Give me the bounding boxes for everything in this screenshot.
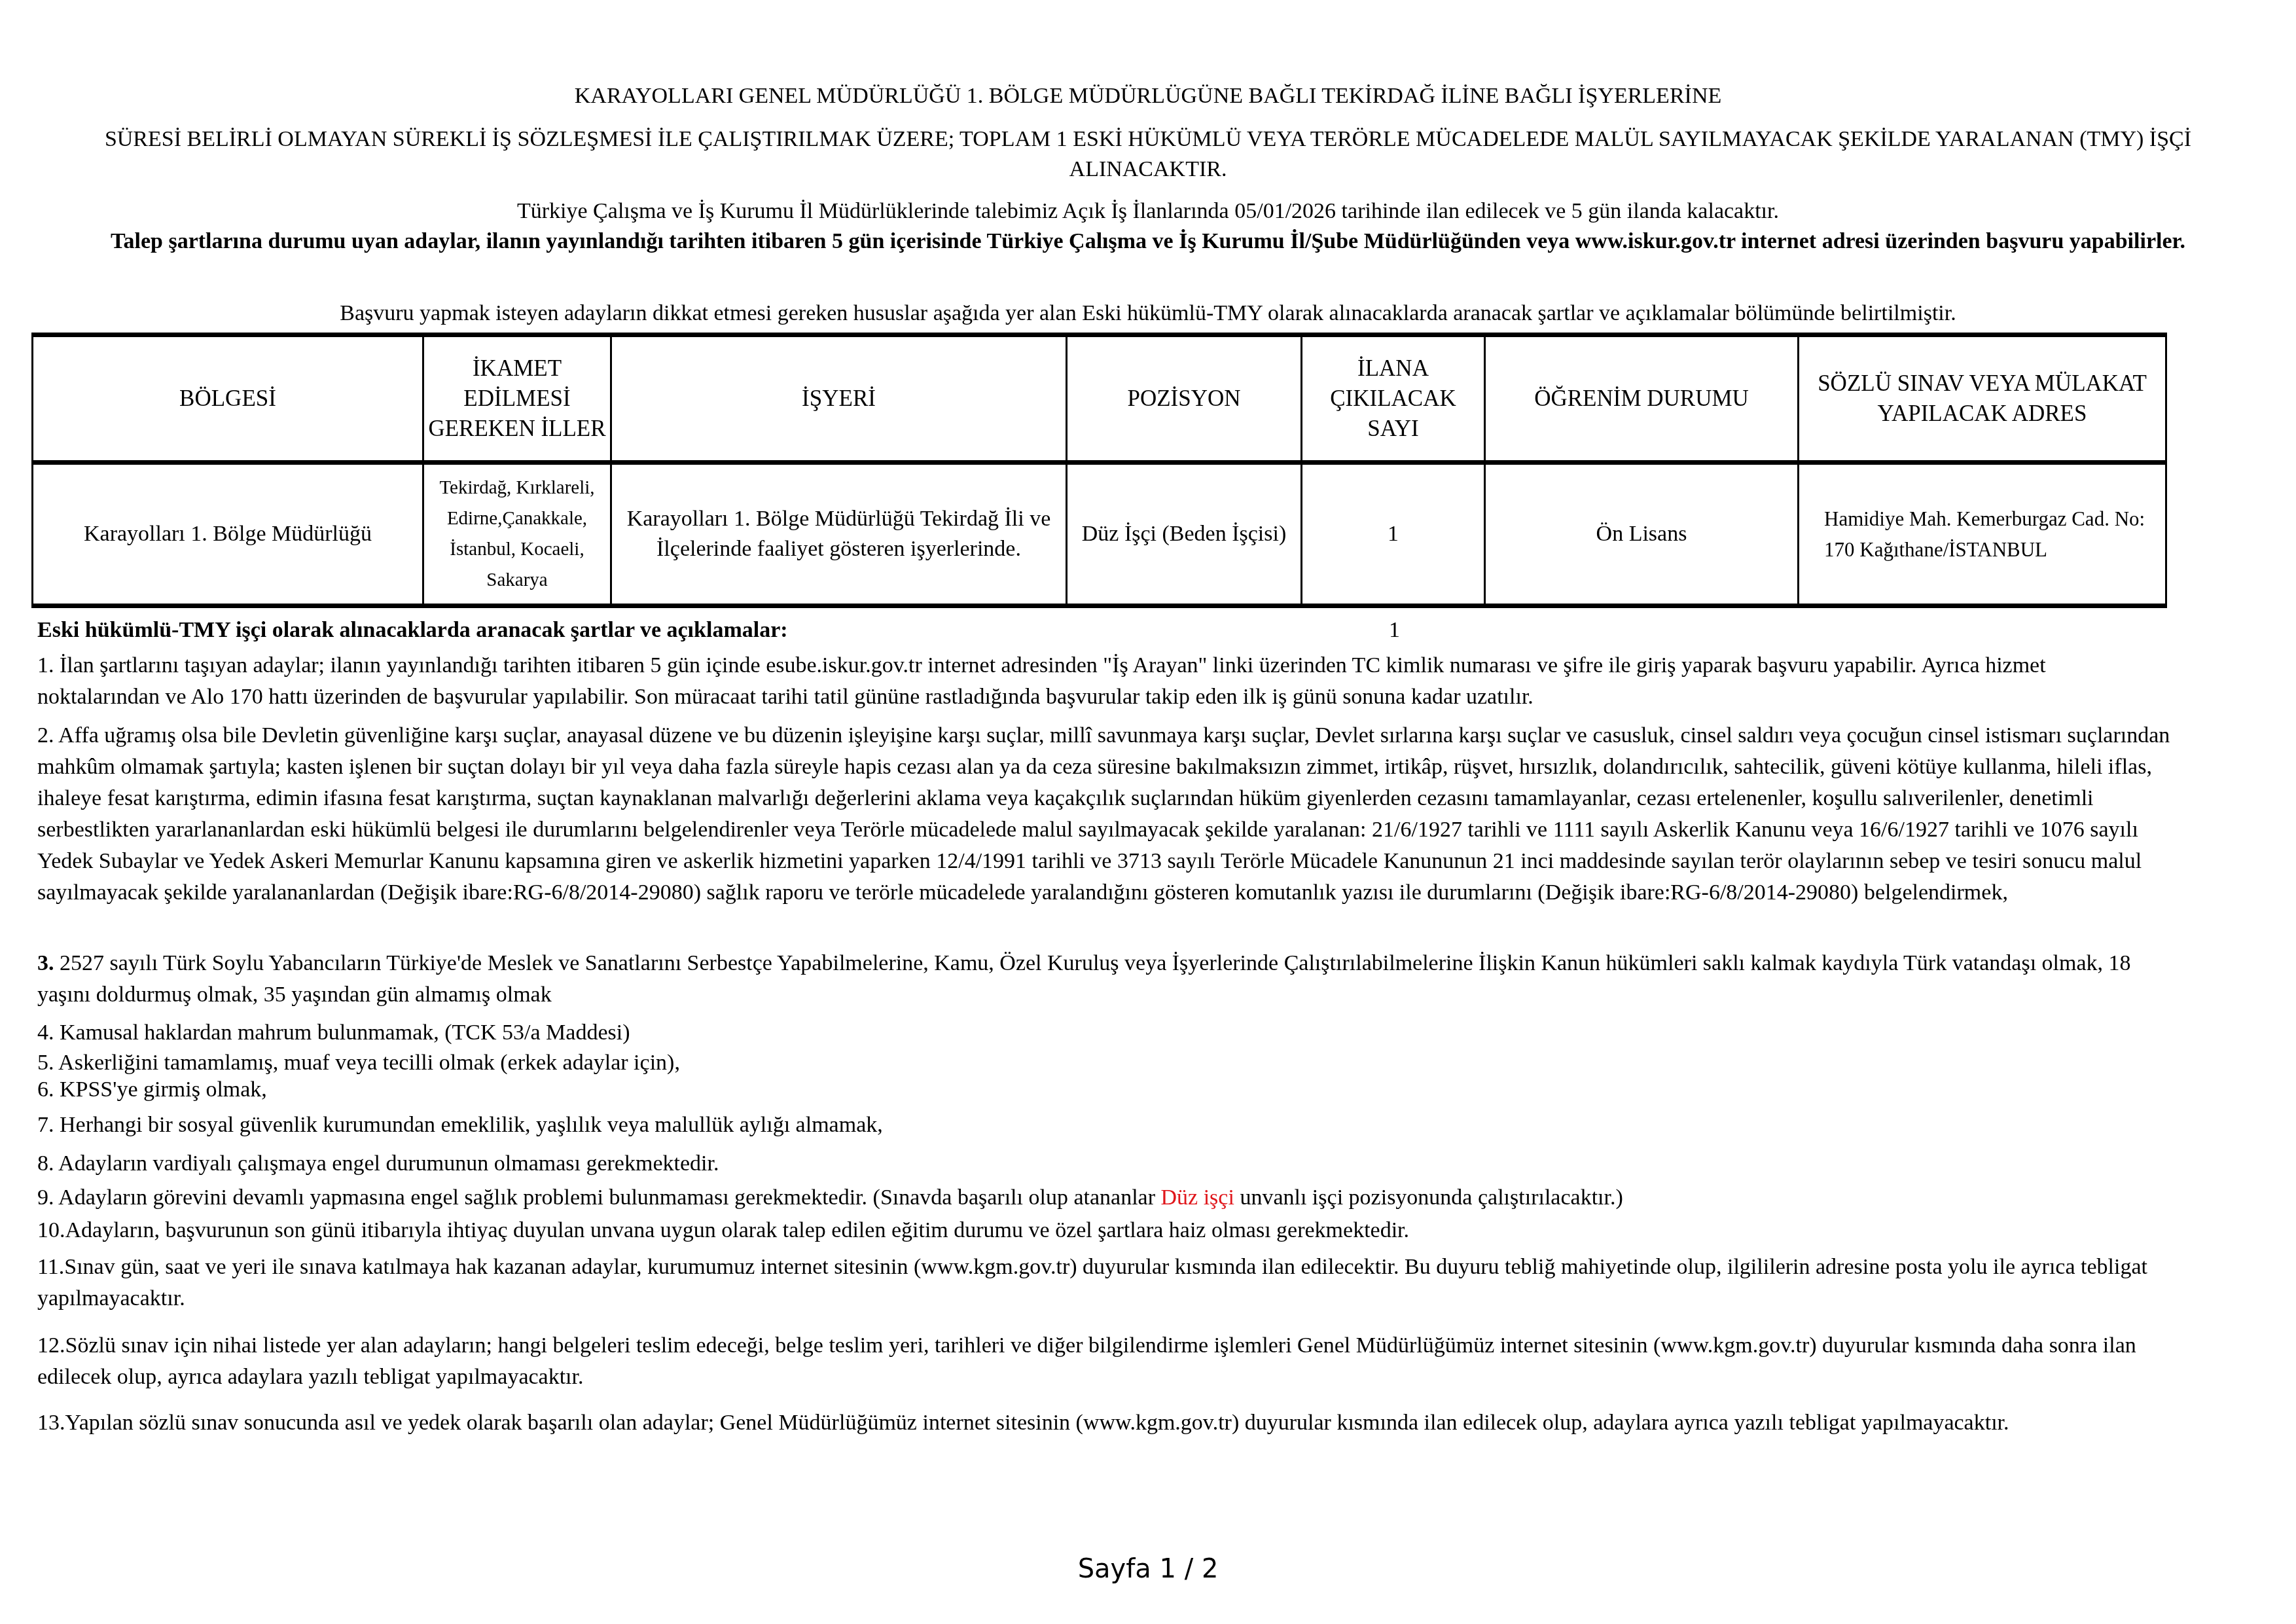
header-isyeri: İŞYERİ (611, 335, 1067, 463)
header-adres: SÖZLÜ SINAV VEYA MÜLAKAT YAPILACAK ADRES (1799, 335, 2166, 463)
cell-adres: Hamidiye Mah. Kemerburgaz Cad. No: 170 K… (1799, 463, 2166, 606)
requirement-item-9-text: 9. Adayların görevini devamlı yapmasına … (37, 1185, 1161, 1210)
header-bolgesi: BÖLGESİ (33, 335, 423, 463)
header-ogrenim: ÖĞRENİM DURUMU (1485, 335, 1799, 463)
requirement-item-3: 3. 2527 sayılı Türk Soylu Yabancıların T… (37, 948, 2171, 1011)
cell-isyeri: Karayolları 1. Bölge Müdürlüğü Tekirdağ … (611, 463, 1067, 606)
cell-bolgesi: Karayolları 1. Bölge Müdürlüğü (33, 463, 423, 606)
requirement-item-10: 10.Adayların, başvurunun son günü itibar… (37, 1215, 2171, 1246)
document-title-line2: SÜRESİ BELİRLİ OLMAYAN SÜREKLİ İŞ SÖZLEŞ… (65, 124, 2231, 185)
page-number: Sayfa 1 / 2 (0, 1554, 2296, 1584)
announcement-info: Türkiye Çalışma ve İş Kurumu İl Müdürlük… (0, 196, 2296, 226)
requirement-item-9: 9. Adayların görevini devamlı yapmasına … (37, 1182, 2171, 1214)
requirement-item-3-text: 2527 sayılı Türk Soylu Yabancıların Türk… (37, 951, 2131, 1007)
header-sayi: İLANA ÇIKILACAK SAYI (1302, 335, 1485, 463)
requirements-heading: Eski hükümlü-TMY işçi olarak alınacaklar… (37, 615, 788, 645)
requirement-item-12: 12.Sözlü sınav için nihai listede yer al… (37, 1330, 2171, 1393)
highlight-duz-isci: Düz işçi (1161, 1185, 1234, 1210)
application-note: Başvuru yapmak isteyen adayların dikkat … (0, 298, 2296, 329)
requirement-item-13: 13.Yapılan sözlü sınav sonucunda asıl ve… (37, 1407, 2171, 1439)
requirement-item-3-number: 3. (37, 951, 54, 975)
header-ikamet-illeri: İKAMET EDİLMESİ GEREKEN İLLER (423, 335, 611, 463)
job-posting-table: BÖLGESİ İKAMET EDİLMESİ GEREKEN İLLER İŞ… (31, 333, 2167, 608)
table-header-row: BÖLGESİ İKAMET EDİLMESİ GEREKEN İLLER İŞ… (33, 335, 2166, 463)
cell-ogrenim: Ön Lisans (1485, 463, 1799, 606)
cell-iller: Tekirdağ, Kırklareli, Edirne,Çanakkale, … (423, 463, 611, 606)
cell-pozisyon: Düz İşçi (Beden İşçisi) (1067, 463, 1302, 606)
header-pozisyon: POZİSYON (1067, 335, 1302, 463)
table-row: Karayolları 1. Bölge Müdürlüğü Tekirdağ,… (33, 463, 2166, 606)
requirement-item-9-text-end: unvanlı işçi pozisyonunda çalıştırılacak… (1234, 1185, 1623, 1210)
requirements-total: 1 (1389, 615, 1400, 645)
document-title-line1: KARAYOLLARI GENEL MÜDÜRLÜĞÜ 1. BÖLGE MÜD… (0, 81, 2296, 111)
requirement-item-1: 1. İlan şartlarını taşıyan adaylar; ilan… (37, 650, 2171, 713)
requirement-item-4: 4. Kamusal haklardan mahrum bulunmamak, … (37, 1017, 2171, 1049)
requirement-item-7: 7. Herhangi bir sosyal güvenlik kurumund… (37, 1110, 2171, 1141)
requirement-item-8: 8. Adayların vardiyalı çalışmaya engel d… (37, 1148, 2171, 1180)
requirement-item-11: 11.Sınav gün, saat ve yeri ile sınava ka… (37, 1252, 2171, 1314)
application-notice: Talep şartlarına durumu uyan adaylar, il… (59, 226, 2237, 257)
cell-sayi: 1 (1302, 463, 1485, 606)
requirement-item-6: 6. KPSS'ye girmiş olmak, (37, 1074, 2171, 1106)
requirement-item-2: 2. Affa uğramış olsa bile Devletin güven… (37, 720, 2171, 909)
